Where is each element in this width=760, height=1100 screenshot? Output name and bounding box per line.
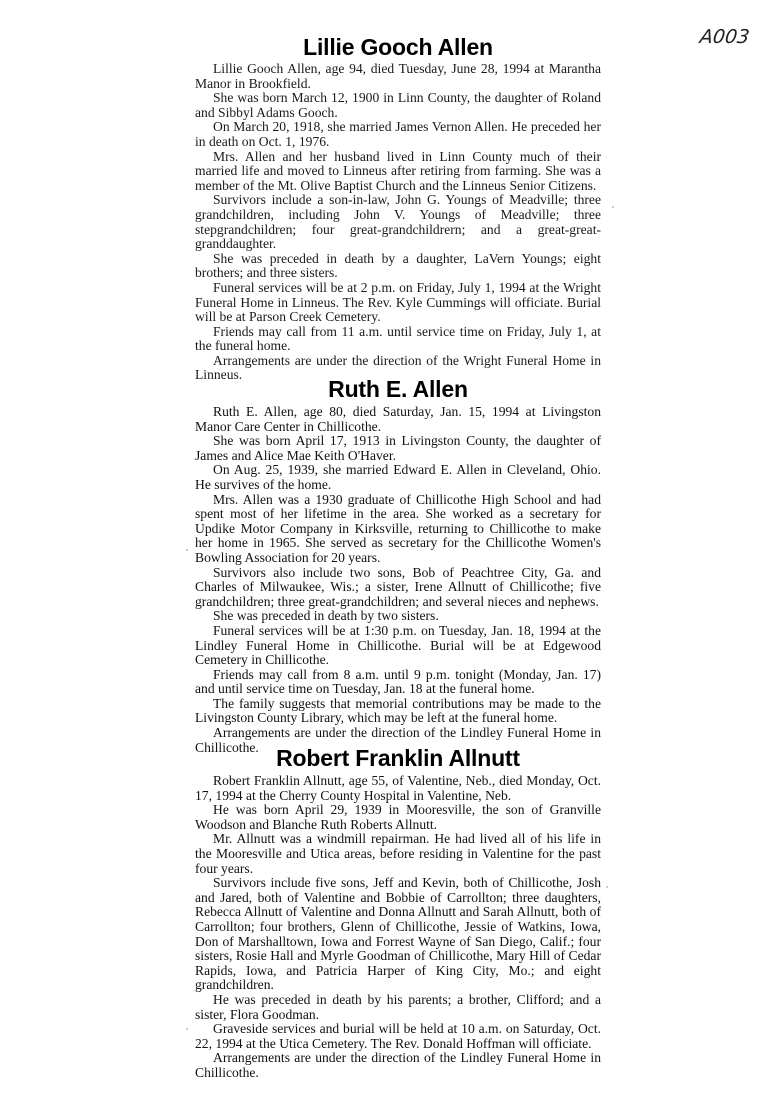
obituary-paragraph: Friends may call from 11 a.m. until serv…	[195, 325, 601, 354]
scan-speck	[186, 549, 188, 551]
obituary-paragraph: He was born April 29, 1939 in Mooresvill…	[195, 803, 601, 832]
obituary-paragraph: She was preceded in death by a daughter,…	[195, 252, 601, 281]
obituary-paragraph: Robert Franklin Allnutt, age 55, of Vale…	[195, 774, 601, 803]
obituary-paragraph: On March 20, 1918, she married James Ver…	[195, 120, 601, 149]
obituary-paragraph: Survivors include a son-in-law, John G. …	[195, 193, 601, 251]
obituary-paragraph: Ruth E. Allen, age 80, died Saturday, Ja…	[195, 405, 601, 434]
obituary-paragraph: Survivors include five sons, Jeff and Ke…	[195, 876, 601, 993]
obituary-paragraph: She was born April 17, 1913 in Livingsto…	[195, 434, 601, 463]
obituary-paragraph: The family suggests that memorial contri…	[195, 697, 601, 726]
obituary-paragraph: She was preceded in death by two sisters…	[195, 609, 601, 624]
obituary-paragraph: Survivors also include two sons, Bob of …	[195, 566, 601, 610]
scan-speck	[606, 886, 608, 888]
obituary-paragraph: Graveside services and burial will be he…	[195, 1022, 601, 1051]
obituary-paragraph: Friends may call from 8 a.m. until 9 p.m…	[195, 668, 601, 697]
obituary-paragraph: Mrs. Allen was a 1930 graduate of Chilli…	[195, 493, 601, 566]
scan-speck	[186, 1028, 188, 1030]
obituary-lillie-gooch-allen: Lillie Gooch Allen Lillie Gooch Allen, a…	[195, 34, 601, 383]
obituary-paragraph: Mr. Allnutt was a windmill repairman. He…	[195, 832, 601, 876]
page-marker: A003	[698, 26, 750, 48]
obituary-paragraph: He was preceded in death by his parents;…	[195, 993, 601, 1022]
obituary-heading: Robert Franklin Allnutt	[195, 745, 601, 771]
obituary-paragraph: Mrs. Allen and her husband lived in Linn…	[195, 150, 601, 194]
obituary-paragraph: Funeral services will be at 2 p.m. on Fr…	[195, 281, 601, 325]
obituary-ruth-e-allen: Ruth E. Allen Ruth E. Allen, age 80, die…	[195, 376, 601, 755]
obituary-heading: Lillie Gooch Allen	[195, 34, 601, 60]
obituary-paragraph: She was born March 12, 1900 in Linn Coun…	[195, 91, 601, 120]
scan-speck	[612, 206, 614, 208]
obituary-robert-franklin-allnutt: Robert Franklin Allnutt Robert Franklin …	[195, 745, 601, 1080]
obituary-paragraph: Funeral services will be at 1:30 p.m. on…	[195, 624, 601, 668]
obituary-paragraph: On Aug. 25, 1939, she married Edward E. …	[195, 463, 601, 492]
obituary-heading: Ruth E. Allen	[195, 376, 601, 402]
obituary-paragraph: Lillie Gooch Allen, age 94, died Tuesday…	[195, 62, 601, 91]
obituary-paragraph: Arrangements are under the direction of …	[195, 1051, 601, 1080]
